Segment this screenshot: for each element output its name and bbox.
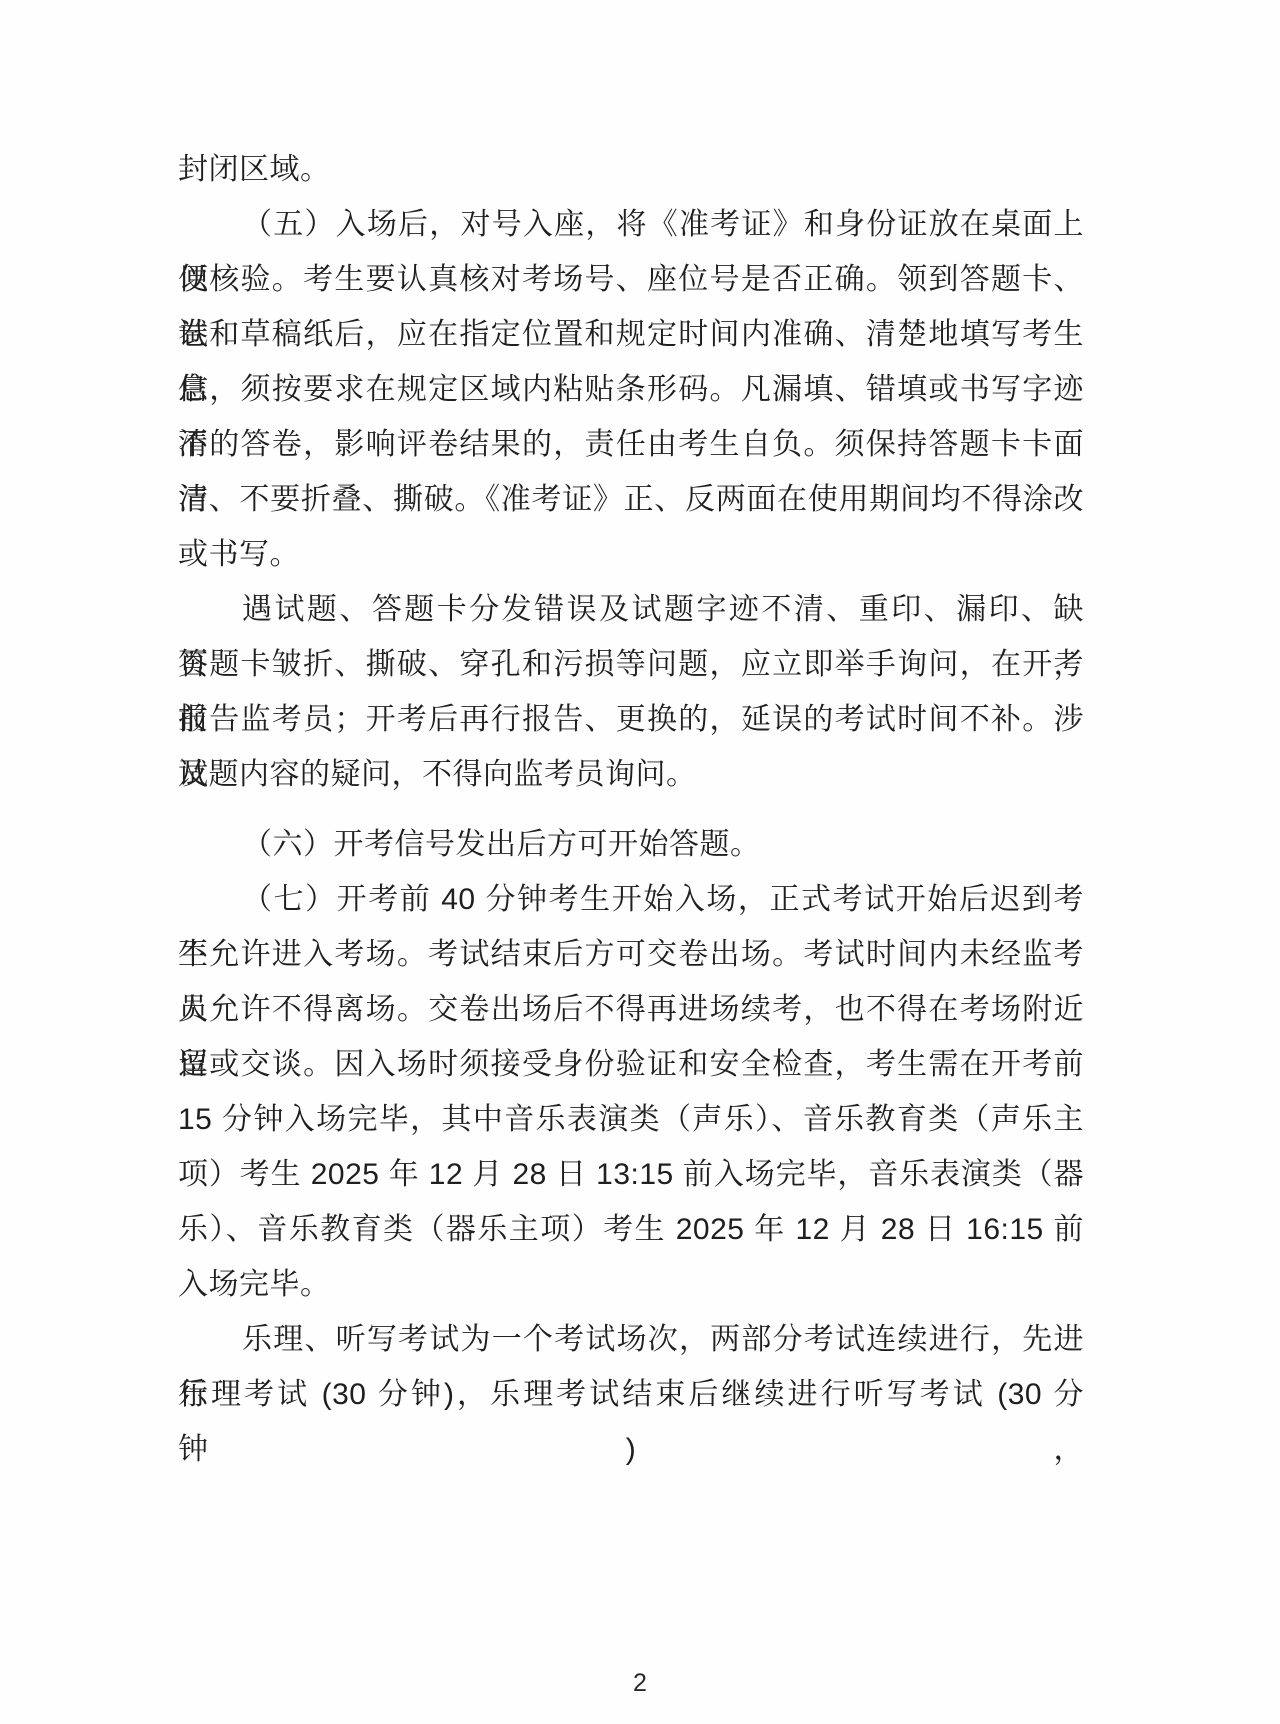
text-line: 乐理考试 (30 分钟)，乐理考试结束后继续进行听写考试 (30 分钟)，: [178, 1367, 1084, 1422]
text-line: 留或交谈。因入场时须接受身份验证和安全检查，考生需在开考前: [178, 1037, 1084, 1092]
text-line: 卷和草稿纸后，应在指定位置和规定时间内准确、清楚地填写考生信: [178, 307, 1084, 362]
text-line: 员允许不得离场。交卷出场后不得再进场续考，也不得在考场附近逗: [178, 982, 1084, 1037]
document-lines: 封闭区域。（五）入场后，对号入座，将《准考证》和身份证放在桌面上以便核验。考生要…: [178, 142, 1084, 1422]
text-line: 息，须按要求在规定区域内粘贴条形码。凡漏填、错填或书写字迹不: [178, 362, 1084, 417]
text-line: 清的答卷，影响评卷结果的，责任由考生自负。须保持答题卡卡面清: [178, 417, 1084, 472]
text-line: 报告监考员；开考后再行报告、更换的，延误的考试时间不补。涉及: [178, 692, 1084, 747]
text-line: 乐理、听写考试为一个考试场次，两部分考试连续进行，先进行: [178, 1312, 1084, 1367]
text-line: 试题内容的疑问，不得向监考员询问。: [178, 747, 1084, 802]
text-line: 乐）、音乐教育类（器乐主项）考生 2025 年 12 月 28 日 16:15 …: [178, 1202, 1084, 1257]
text-line: （五）入场后，对号入座，将《准考证》和身份证放在桌面上以: [178, 197, 1084, 252]
text-line: 封闭区域。: [178, 142, 1084, 197]
text-line: 入场完毕。: [178, 1257, 1084, 1312]
page-number: 2: [0, 1668, 1280, 1698]
text-line: 15 分钟入场完毕，其中音乐表演类（声乐）、音乐教育类（声乐主: [178, 1092, 1084, 1147]
text-line: 便核验。考生要认真核对考场号、座位号是否正确。领到答题卡、试: [178, 252, 1084, 307]
text-line: （七）开考前 40 分钟考生开始入场，正式考试开始后迟到考生: [178, 872, 1084, 927]
text-line: 洁、不要折叠、撕破。《准考证》正、反两面在使用期间均不得涂改: [178, 472, 1084, 527]
text-line: 项）考生 2025 年 12 月 28 日 13:15 前入场完毕，音乐表演类（…: [178, 1147, 1084, 1202]
text-line: 答题卡皱折、撕破、穿孔和污损等问题，应立即举手询问，在开考前: [178, 637, 1084, 692]
text-line: 不允许进入考场。考试结束后方可交卷出场。考试时间内未经监考人: [178, 927, 1084, 982]
text-line: 遇试题、答题卡分发错误及试题字迹不清、重印、漏印、缺页，: [178, 582, 1084, 637]
text-line: 或书写。: [178, 527, 1084, 582]
text-line: （六）开考信号发出后方可开始答题。: [178, 817, 1084, 872]
document-page: 封闭区域。（五）入场后，对号入座，将《准考证》和身份证放在桌面上以便核验。考生要…: [0, 0, 1280, 1724]
